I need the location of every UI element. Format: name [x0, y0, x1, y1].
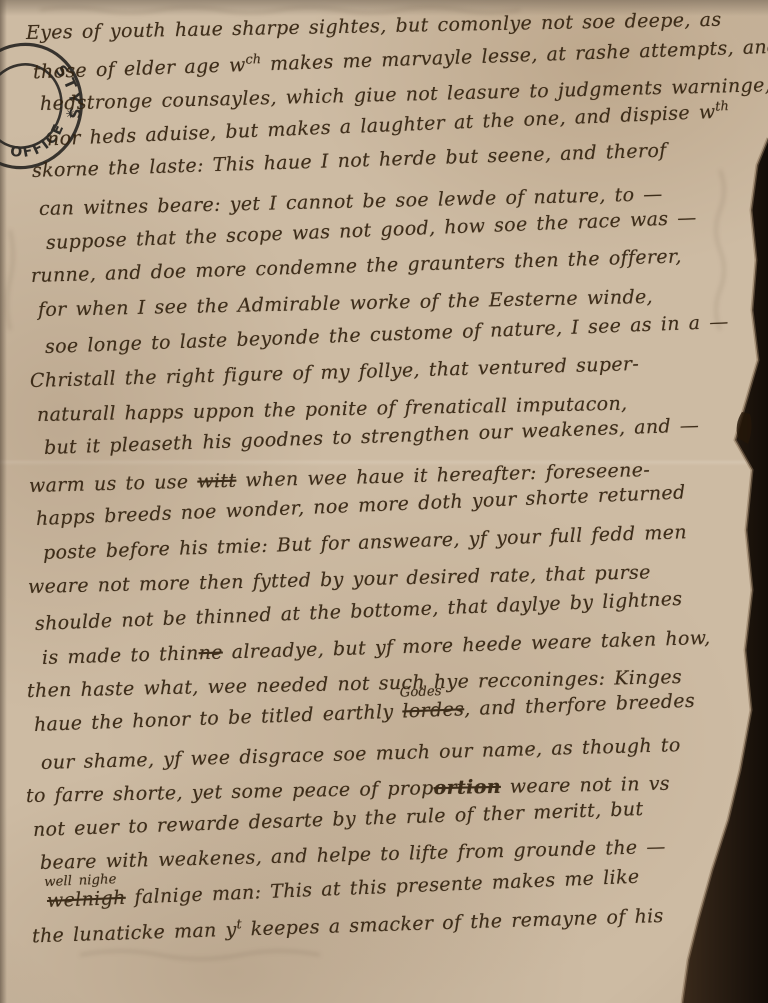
struck-word: lordes [402, 698, 465, 722]
text-segment: our shame, yf wee disgrace soe much our … [41, 734, 681, 774]
text-segment: runne, and doe more condemne the graunte… [31, 246, 682, 288]
text-segment: keepes a smacker of the remayne of his [241, 905, 664, 941]
manuscript-line: our shame, yf wee disgrace soe much our … [41, 734, 681, 774]
manuscript-line: Christall the right figure of my follye,… [30, 353, 640, 392]
text-segment: for when I see the Admirable worke of th… [38, 286, 653, 321]
struck-word: witt [197, 469, 237, 492]
text-segment: those of elder age w [33, 54, 246, 83]
superscript-abbreviation: th [715, 99, 729, 115]
struck-word: welnigh [47, 887, 127, 912]
manuscript-line: well nighewelnigh falnige man: This at t… [47, 866, 640, 912]
manuscript-line: the lunaticke man yt keepes a smacker of… [32, 903, 664, 947]
correction-stack: well nighewelnigh [47, 887, 127, 912]
text-segment: Christall the right figure of my follye,… [30, 353, 640, 392]
struck-word: ne [198, 641, 223, 664]
text-segment: alreadye, but yf more heede weare taken … [222, 627, 710, 664]
text-segment: warm us to use [29, 470, 198, 496]
manuscript-line: for when I see the Admirable worke of th… [38, 286, 653, 321]
interlinear-insertion: well nighe [44, 872, 117, 890]
correction-stack: Godeslordes [402, 698, 465, 722]
text-segment: to farre shorte, yet some peace of prop [26, 777, 434, 807]
interlinear-insertion: Godes [399, 684, 441, 701]
text-segment: is made to thin [42, 642, 199, 669]
text-segment: haue the honor to be titled earthly [34, 700, 403, 735]
manuscript-line: poste before his tmie: But for answeare,… [43, 521, 688, 564]
manuscript-line: is made to thinne alreadye, but yf more … [42, 627, 711, 669]
manuscript-photo: STYS ✳ OFFICE Eyes of youth haue sharpe … [0, 0, 768, 1003]
struck-word: ortion [433, 776, 501, 799]
text-segment: Eyes of youth haue sharpe sightes, but c… [26, 9, 722, 44]
text-segment: the lunaticke man y [32, 918, 237, 947]
superscript-abbreviation: ch [245, 52, 261, 68]
manuscript-line: Eyes of youth haue sharpe sightes, but c… [26, 9, 722, 44]
text-segment: makes me marvayle lesse, at rashe attemp… [261, 35, 768, 75]
text-segment: poste before his tmie: But for answeare,… [43, 521, 688, 564]
text-segment: , and therfore breedes [464, 690, 696, 720]
text-segment: weare not in vs [501, 773, 670, 798]
manuscript-line: runne, and doe more condemne the graunte… [31, 246, 682, 288]
text-segment: falnige man: This at this presente makes… [125, 866, 640, 909]
